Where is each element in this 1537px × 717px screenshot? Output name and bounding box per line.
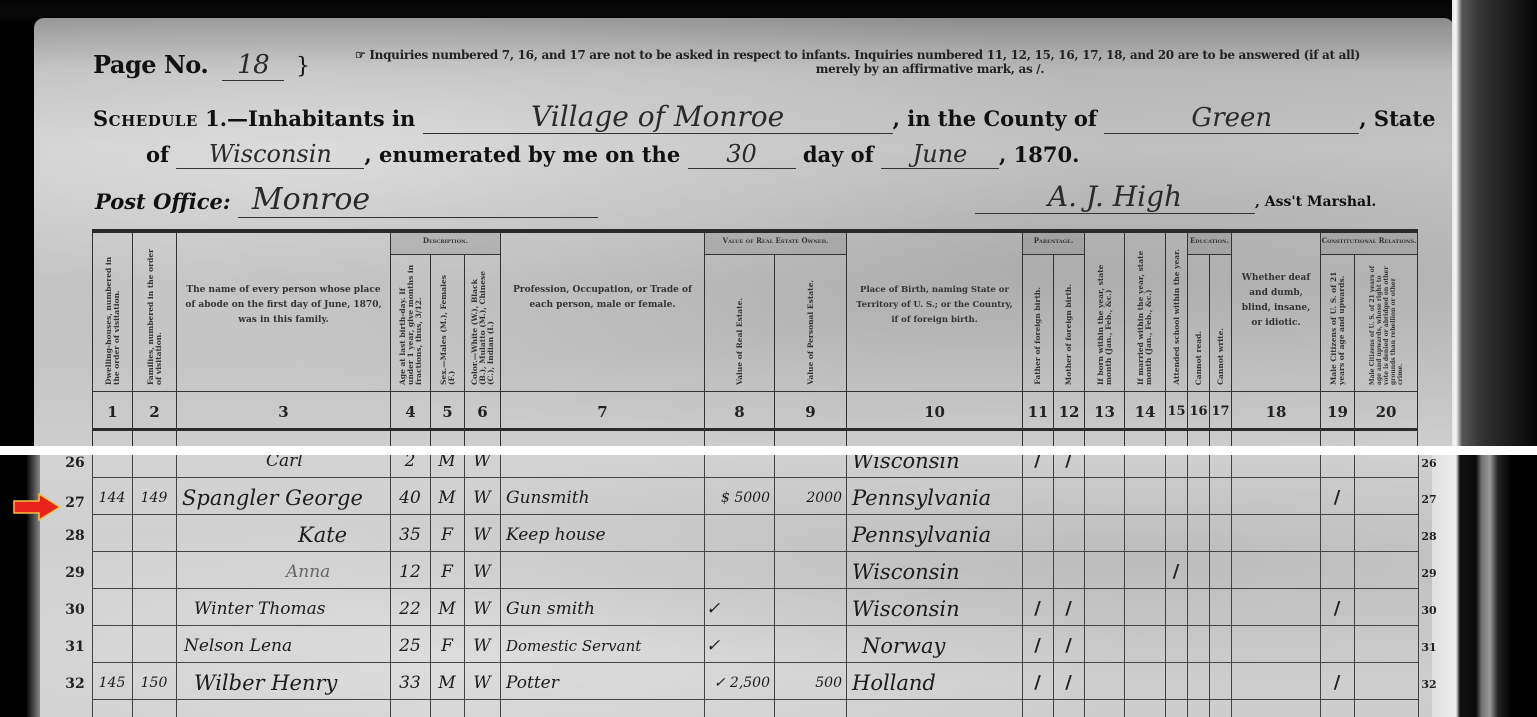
- column-19-label: Male Citizens of U. S. of 21 years of ag…: [1330, 255, 1346, 391]
- sex-cell: F: [430, 515, 464, 552]
- column-13-number: 13: [1085, 391, 1124, 431]
- color-cell: W: [464, 626, 500, 663]
- column-3-label: The name of every person whose place of …: [185, 283, 382, 328]
- constitutional-group-label: Constitutional Relations.: [1321, 233, 1417, 255]
- census-row: Winter Thomas 22 M W Gun smith ✓ Wiscons…: [92, 589, 1418, 626]
- column-8: Value of Real Estate. 8: [704, 255, 774, 446]
- birthplace-cell: Holland: [852, 663, 1022, 700]
- dwelling-cell: 145: [92, 663, 132, 700]
- instructions-line-2: merely by an affirmative mark, as /.: [355, 62, 1435, 76]
- estate-group-label: Value of Real Estate Owned.: [705, 233, 846, 255]
- instructions-note: ☞ Inquiries numbered 7, 16, and 17 are n…: [355, 48, 1435, 76]
- line-number: 26: [60, 455, 90, 471]
- occupation-cell: Gun smith: [506, 589, 704, 626]
- month-value: June: [881, 140, 999, 169]
- column-6-number: 6: [465, 391, 500, 431]
- column-8-number: 8: [705, 391, 774, 431]
- sex-cell: M: [430, 455, 464, 478]
- color-cell: W: [464, 455, 500, 478]
- year-value: , 1870.: [999, 142, 1079, 167]
- census-row: 145 150 Wilber Henry 33 M W Potter ✓ 2,5…: [92, 663, 1418, 700]
- column-17-number: 17: [1210, 391, 1231, 431]
- mother-foreign-mark: /: [1053, 663, 1084, 700]
- name-cell: Spangler George: [182, 478, 390, 515]
- line-number-right: 28: [1418, 530, 1440, 543]
- education-group-label: Education.: [1188, 233, 1231, 255]
- age-cell: 2: [390, 455, 430, 478]
- column-14-number: 14: [1125, 391, 1165, 431]
- column-4-label: Age at last birth-day. If under 1 year, …: [399, 255, 423, 391]
- state-value: Wisconsin: [176, 140, 364, 169]
- citizen-mark: /: [1320, 663, 1354, 700]
- column-16: Cannot read. 16: [1187, 255, 1209, 446]
- age-cell: 25: [390, 626, 430, 663]
- column-18-label: Whether deaf and dumb, blind, insane, or…: [1240, 271, 1312, 331]
- film-edge-bottom: [1432, 455, 1537, 717]
- real-estate-cell: ✓: [704, 589, 774, 626]
- column-12-number: 12: [1054, 391, 1084, 431]
- mother-foreign-mark: /: [1053, 589, 1084, 626]
- column-15: Attended school within the year. 15: [1165, 233, 1187, 446]
- enumerated-label: , enumerated by me on the: [364, 142, 680, 167]
- column-10: Place of Birth, naming State or Territor…: [846, 233, 1022, 446]
- real-estate-cell: ✓ 2,500: [692, 663, 774, 700]
- father-foreign-mark: /: [1022, 455, 1053, 478]
- column-9-label: Value of Personal Estate.: [807, 274, 815, 391]
- name-cell: Anna: [176, 552, 390, 589]
- birthplace-cell: Pennsylvania: [852, 478, 1022, 515]
- page-number: Page No. 18 }: [93, 50, 309, 81]
- instructions-line-1: ☞ Inquiries numbered 7, 16, and 17 are n…: [355, 48, 1360, 62]
- film-edge: [1452, 0, 1537, 446]
- column-20: Male Citizens of U. S. of 21 years of ag…: [1354, 255, 1418, 446]
- column-3: The name of every person whose place of …: [176, 233, 390, 446]
- occupation-cell: Keep house: [506, 515, 704, 552]
- line-number: 30: [60, 602, 90, 618]
- citizen-mark: /: [1320, 478, 1354, 515]
- personal-estate-cell: 500: [774, 663, 846, 700]
- line-number-right: 32: [1418, 678, 1440, 691]
- line-number: 29: [60, 565, 90, 581]
- census-rows-panel: Carl 2 M W Wisconsin / / 144 149 Spangle…: [0, 455, 1537, 717]
- column-13: If born within the year, state month (Ja…: [1084, 233, 1124, 446]
- column-7: Profession, Occupation, or Trade of each…: [500, 233, 704, 446]
- dwelling-cell: 144: [92, 478, 132, 515]
- column-6-label: Color.—White (W.), Black (B.), Mulatto (…: [471, 255, 495, 391]
- name-cell: Winter Thomas: [176, 589, 390, 626]
- column-11-number: 11: [1023, 391, 1053, 431]
- column-header-table: Dwelling-houses, numbered in the order o…: [92, 229, 1418, 446]
- census-grid: Carl 2 M W Wisconsin / / 144 149 Spangle…: [92, 455, 1418, 717]
- county-label: , in the County of: [893, 106, 1097, 131]
- census-header-panel: Page No. 18 } ☞ Inquiries numbered 7, 16…: [0, 0, 1537, 446]
- marshal-line: A. J. High, Ass't Marshal.: [975, 180, 1376, 214]
- column-15-number: 15: [1166, 391, 1187, 431]
- sex-cell: F: [430, 552, 464, 589]
- school-mark: /: [1165, 552, 1187, 589]
- column-7-number: 7: [501, 391, 704, 431]
- column-4: Age at last birth-day. If under 1 year, …: [390, 255, 430, 446]
- line-number: 32: [60, 676, 90, 692]
- column-10-number: 10: [847, 391, 1022, 431]
- marshal-label: , Ass't Marshal.: [1255, 194, 1376, 210]
- birthplace-cell: Pennsylvania: [852, 515, 1022, 552]
- post-office-value: Monroe: [238, 182, 598, 218]
- column-5: Sex.—Males (M.), Females (F.) 5: [430, 255, 464, 446]
- column-13-label: If born within the year, state month (Ja…: [1097, 241, 1113, 391]
- column-18: Whether deaf and dumb, blind, insane, or…: [1231, 233, 1320, 446]
- column-15-label: Attended school within the year.: [1173, 243, 1181, 391]
- birthplace-cell: Wisconsin: [852, 589, 1022, 626]
- color-cell: W: [464, 663, 500, 700]
- column-9-number: 9: [775, 391, 846, 431]
- line-number-right: 31: [1418, 641, 1440, 654]
- census-row: Nelson Lena 25 F W Domestic Servant ✓ No…: [92, 626, 1418, 663]
- color-cell: W: [464, 552, 500, 589]
- census-row: Anna 12 F W Wisconsin /: [92, 552, 1418, 589]
- column-4-number: 4: [391, 391, 430, 431]
- column-19: Male Citizens of U. S. of 21 years of ag…: [1320, 255, 1354, 446]
- marshal-name: A. J. High: [975, 180, 1255, 214]
- line-number-right: 27: [1418, 493, 1440, 506]
- occupation-cell: Gunsmith: [506, 478, 704, 515]
- column-16-label: Cannot read.: [1195, 325, 1203, 391]
- age-cell: 33: [390, 663, 430, 700]
- column-6: Color.—White (W.), Black (B.), Mulatto (…: [464, 255, 500, 446]
- arrow-right-icon: [13, 493, 61, 521]
- birthplace-cell: Norway: [862, 626, 1022, 663]
- father-foreign-mark: /: [1022, 626, 1053, 663]
- father-foreign-mark: /: [1022, 663, 1053, 700]
- column-12-label: Mother of foreign birth.: [1065, 278, 1073, 391]
- of-label: of: [146, 142, 169, 167]
- post-office-label: Post Office:: [95, 189, 231, 214]
- census-row-highlighted: 144 149 Spangler George 40 M W Gunsmith …: [92, 478, 1418, 515]
- schedule-label: Schedule: [93, 106, 198, 131]
- column-1: Dwelling-houses, numbered in the order o…: [92, 233, 132, 446]
- mother-foreign-mark: /: [1053, 626, 1084, 663]
- real-estate-cell: $ 5000: [682, 478, 774, 515]
- place-value: Village of Monroe: [423, 100, 893, 134]
- age-cell: 12: [390, 552, 430, 589]
- image-separator: [0, 446, 1537, 455]
- occupation-cell: Domestic Servant: [506, 626, 704, 663]
- name-cell: Kate: [176, 515, 390, 552]
- column-10-label: Place of Birth, naming State or Territor…: [855, 283, 1014, 328]
- sex-cell: M: [430, 663, 464, 700]
- brace-glyph: }: [296, 54, 310, 79]
- sex-cell: M: [430, 589, 464, 626]
- post-office-line: Post Office: Monroe: [95, 182, 598, 218]
- father-foreign-mark: /: [1022, 589, 1053, 626]
- color-cell: W: [464, 478, 500, 515]
- column-5-number: 5: [431, 391, 464, 431]
- page-no-label: Page No.: [93, 50, 208, 79]
- occupation-cell: Potter: [506, 663, 704, 700]
- family-cell: 150: [132, 663, 176, 700]
- column-3-number: 3: [177, 391, 390, 431]
- age-cell: 22: [390, 589, 430, 626]
- column-1-number: 1: [93, 391, 132, 431]
- real-estate-cell: ✓: [704, 626, 774, 663]
- color-cell: W: [464, 589, 500, 626]
- mother-foreign-mark: /: [1053, 455, 1084, 478]
- column-17-label: Cannot write.: [1217, 322, 1225, 391]
- column-12: Mother of foreign birth. 12: [1053, 255, 1084, 446]
- column-9: Value of Personal Estate. 9: [774, 255, 846, 446]
- line-number-highlighted: 27: [60, 495, 90, 511]
- state-date-line: of Wisconsin, enumerated by me on the 30…: [146, 140, 1079, 169]
- age-cell: 40: [390, 478, 430, 515]
- birthplace-cell: Wisconsin: [852, 552, 1022, 589]
- column-19-number: 19: [1321, 391, 1354, 431]
- color-cell: W: [464, 515, 500, 552]
- citizen-mark: /: [1320, 589, 1354, 626]
- column-14: If married within the year, state month …: [1124, 233, 1165, 446]
- sex-cell: F: [430, 626, 464, 663]
- column-11-label: Father of foreign birth.: [1034, 281, 1042, 391]
- column-2-number: 2: [133, 391, 176, 431]
- line-number-right: 29: [1418, 567, 1440, 580]
- line-number-right: 26: [1418, 457, 1440, 470]
- column-17: Cannot write. 17: [1209, 255, 1231, 446]
- state-suffix: , State: [1359, 106, 1435, 131]
- family-cell: 149: [132, 478, 176, 515]
- column-20-label: Male Citizens of U. S. of 21 years of ag…: [1369, 255, 1404, 391]
- line-number: 31: [60, 639, 90, 655]
- column-2-label: Families, numbered in the order of visit…: [147, 241, 163, 391]
- county-value: Green: [1104, 103, 1359, 134]
- line-number-right: 30: [1418, 604, 1440, 617]
- sex-cell: M: [430, 478, 464, 515]
- column-18-number: 18: [1232, 391, 1320, 431]
- column-8-label: Value of Real Estate.: [736, 292, 744, 391]
- line-number: 28: [60, 528, 90, 544]
- column-2: Families, numbered in the order of visit…: [132, 233, 176, 446]
- column-7-label: Profession, Occupation, or Trade of each…: [509, 283, 696, 313]
- column-11: Father of foreign birth. 11: [1022, 255, 1053, 446]
- name-cell: Nelson Lena: [176, 626, 390, 663]
- column-16-number: 16: [1188, 391, 1209, 431]
- age-cell: 35: [390, 515, 430, 552]
- column-14-label: If married within the year, state month …: [1137, 241, 1153, 391]
- parentage-group-label: Parentage.: [1023, 233, 1084, 255]
- column-1-label: Dwelling-houses, numbered in the order o…: [105, 241, 121, 391]
- census-row: Carl 2 M W Wisconsin / /: [92, 455, 1418, 478]
- name-cell: Carl: [176, 455, 390, 478]
- name-cell: Wilber Henry: [182, 663, 390, 700]
- page-no-value: 18: [222, 50, 284, 81]
- schedule-line: Schedule 1.—Inhabitants in Village of Mo…: [93, 100, 1435, 134]
- description-group-label: Description.: [391, 233, 500, 255]
- personal-estate-cell: 2000: [774, 478, 846, 515]
- census-row: Kate 35 F W Keep house Pennsylvania: [92, 515, 1418, 552]
- column-5-label: Sex.—Males (M.), Females (F.): [440, 255, 456, 391]
- birthplace-cell: Wisconsin: [852, 455, 1022, 478]
- day-of-label: day of: [803, 142, 874, 167]
- column-20-number: 20: [1355, 391, 1417, 431]
- day-value: 30: [688, 140, 796, 169]
- schedule-number: 1.—Inhabitants in: [205, 106, 415, 131]
